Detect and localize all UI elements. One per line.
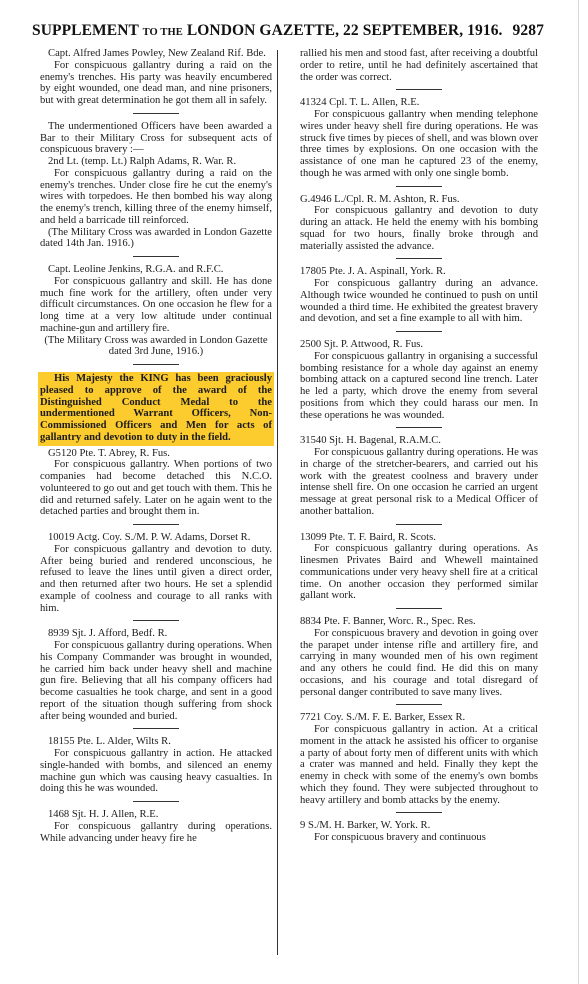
citation-title: 2500 Sjt. P. Attwood, R. Fus. — [300, 339, 538, 351]
citation-title: 8939 Sjt. J. Afford, Bedf. R. — [40, 628, 272, 640]
citation-entry: 13099 Pte. T. F. Baird, R. Scots. For co… — [300, 532, 538, 603]
section-rule — [133, 364, 179, 365]
citation-body: For conspicuous gallantry during a raid … — [40, 168, 272, 227]
citation-title: Capt. Leoline Jenkins, R.G.A. and R.F.C. — [40, 264, 272, 276]
left-column: Capt. Alfred James Powley, New Zealand R… — [40, 48, 272, 844]
page-edge-line — [578, 0, 579, 984]
section-rule — [133, 801, 179, 802]
citation-title: 31540 Sjt. H. Bagenal, R.A.M.C. — [300, 435, 538, 447]
section-rule — [133, 256, 179, 257]
section-rule — [133, 620, 179, 621]
section-rule — [396, 812, 442, 813]
column-divider — [277, 50, 278, 955]
citation-entry: 1468 Sjt. H. J. Allen, R.E. For conspicu… — [40, 809, 272, 844]
citation-title: 41324 Cpl. T. L. Allen, R.E. — [300, 97, 538, 109]
section-rule — [396, 427, 442, 428]
citation-body: For conspicuous gallantry during operati… — [300, 447, 538, 518]
citation-entry: Capt. Leoline Jenkins, R.G.A. and R.F.C.… — [40, 264, 272, 358]
citation-body: For conspicuous gallantry during an adva… — [300, 278, 538, 325]
citation-body: For conspicuous gallantry during operati… — [300, 543, 538, 602]
citation-body: For conspicuous gallantry and devotion t… — [40, 544, 272, 615]
continuation-text: rallied his men and stood fast, after re… — [300, 48, 538, 83]
citation-body: For conspicuous bravery and continuous — [300, 832, 538, 844]
section-rule — [396, 89, 442, 90]
citation-title: 17805 Pte. J. A. Aspinall, York. R. — [300, 266, 538, 278]
section-rule — [396, 331, 442, 332]
citation-entry: G5120 Pte. T. Abrey, R. Fus. For conspic… — [40, 448, 272, 519]
citation-body: For conspicuous gallantry when mending t… — [300, 109, 538, 180]
citation-title: 9 S./M. H. Barker, W. York. R. — [300, 820, 538, 832]
citation-body: For conspicuous bravery and devotion in … — [300, 628, 538, 699]
citation-entry: G.4946 L./Cpl. R. M. Ashton, R. Fus. For… — [300, 194, 538, 253]
citation-entry: 7721 Coy. S./M. F. E. Barker, Essex R. F… — [300, 712, 538, 806]
citation-body: For conspicuous gallantry during a raid … — [40, 60, 272, 107]
citation-body: For conspicuous gallantry during operati… — [40, 640, 272, 722]
citation-continuation: rallied his men and stood fast, after re… — [300, 48, 538, 83]
citation-body: For conspicuous gallantry in action. He … — [40, 748, 272, 795]
bar-intro-text: The undermentioned Officers have been aw… — [40, 121, 272, 156]
citation-entry: 18155 Pte. L. Alder, Wilts R. For conspi… — [40, 736, 272, 795]
section-rule — [396, 524, 442, 525]
citation-body: For conspicuous gallantry in organising … — [300, 351, 538, 422]
citation-title: G.4946 L./Cpl. R. M. Ashton, R. Fus. — [300, 194, 538, 206]
citation-note: (The Military Cross was awarded in Londo… — [40, 227, 272, 251]
highlighted-dcm-announcement: His Majesty the KING has been graciously… — [38, 372, 274, 446]
citation-title: 7721 Coy. S./M. F. E. Barker, Essex R. — [300, 712, 538, 724]
citation-entry: 17805 Pte. J. A. Aspinall, York. R. For … — [300, 266, 538, 325]
citation-note: (The Military Cross was awarded in Londo… — [40, 335, 272, 359]
citation-title: 10019 Actg. Coy. S./M. P. W. Adams, Dors… — [40, 532, 272, 544]
header-prefix: SUPPLEMENT — [32, 22, 139, 39]
citation-entry: 10019 Actg. Coy. S./M. P. W. Adams, Dors… — [40, 532, 272, 614]
citation-body: For conspicuous gallantry and devotion t… — [300, 205, 538, 252]
section-rule — [133, 113, 179, 114]
header-publication: LONDON GAZETTE, 22 SEPTEMBER, 1916. — [187, 22, 503, 39]
dcm-announcement-text: His Majesty the KING has been graciously… — [40, 373, 272, 444]
citation-body: For conspicuous gallantry during operati… — [40, 821, 272, 845]
section-rule — [133, 728, 179, 729]
page-header: SUPPLEMENT TO THE LONDON GAZETTE, 22 SEP… — [32, 22, 472, 40]
section-rule — [133, 524, 179, 525]
section-rule — [396, 608, 442, 609]
header-small-caps: TO THE — [143, 27, 183, 38]
citation-title: Capt. Alfred James Powley, New Zealand R… — [40, 48, 272, 60]
page-number: 9287 — [513, 22, 544, 39]
gazette-page: SUPPLEMENT TO THE LONDON GAZETTE, 22 SEP… — [0, 0, 588, 984]
citation-title: 13099 Pte. T. F. Baird, R. Scots. — [300, 532, 538, 544]
citation-entry: 2nd Lt. (temp. Lt.) Ralph Adams, R. War.… — [40, 156, 272, 250]
bar-intro: The undermentioned Officers have been aw… — [40, 121, 272, 156]
citation-title: 8834 Pte. F. Banner, Worc. R., Spec. Res… — [300, 616, 538, 628]
citation-body: For conspicuous gallantry and skill. He … — [40, 276, 272, 335]
section-rule — [396, 258, 442, 259]
section-rule — [396, 186, 442, 187]
citation-entry: 2500 Sjt. P. Attwood, R. Fus. For conspi… — [300, 339, 538, 421]
citation-entry: 8939 Sjt. J. Afford, Bedf. R. For conspi… — [40, 628, 272, 722]
citation-body: For conspicuous gallantry. When portions… — [40, 459, 272, 518]
citation-entry: Capt. Alfred James Powley, New Zealand R… — [40, 48, 272, 107]
citation-body: For conspicuous gallantry in action. At … — [300, 724, 538, 806]
right-column: rallied his men and stood fast, after re… — [300, 48, 538, 844]
section-rule — [396, 704, 442, 705]
citation-title: 18155 Pte. L. Alder, Wilts R. — [40, 736, 272, 748]
citation-title: G5120 Pte. T. Abrey, R. Fus. — [40, 448, 272, 460]
citation-entry: 8834 Pte. F. Banner, Worc. R., Spec. Res… — [300, 616, 538, 698]
citation-title: 1468 Sjt. H. J. Allen, R.E. — [40, 809, 272, 821]
citation-title: 2nd Lt. (temp. Lt.) Ralph Adams, R. War.… — [40, 156, 272, 168]
citation-entry: 41324 Cpl. T. L. Allen, R.E. For conspic… — [300, 97, 538, 179]
citation-entry: 31540 Sjt. H. Bagenal, R.A.M.C. For cons… — [300, 435, 538, 517]
citation-entry: 9 S./M. H. Barker, W. York. R. For consp… — [300, 820, 538, 844]
